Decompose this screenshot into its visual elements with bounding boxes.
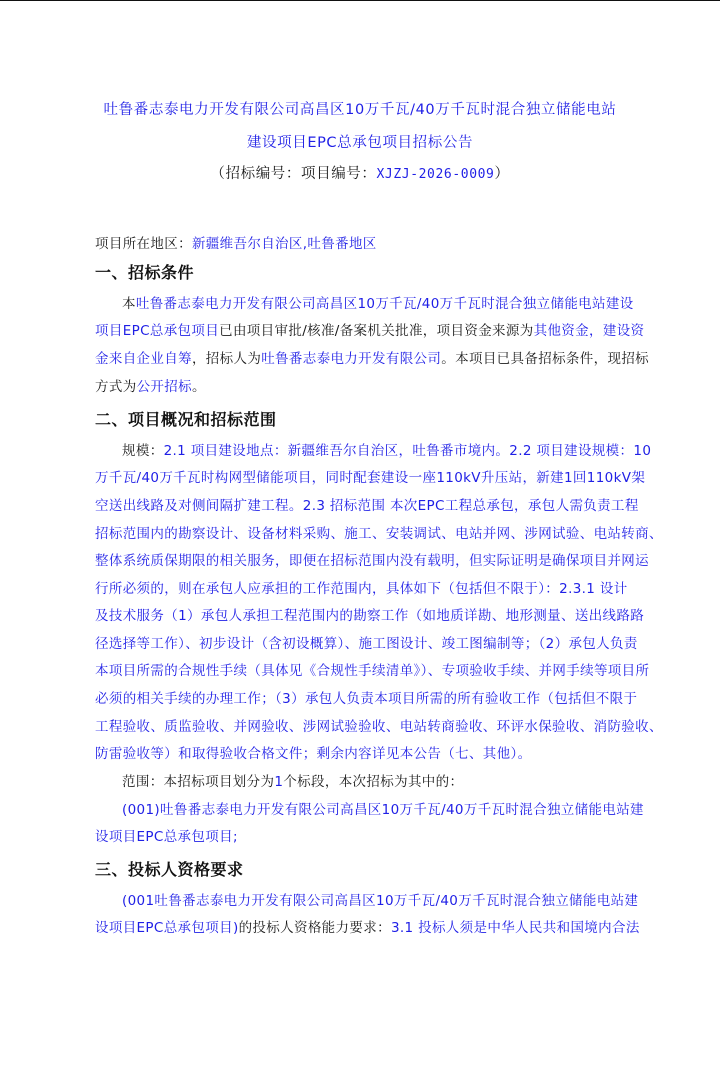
- scale-line: 本项目所需的合规性手续（具体见《合规性手续清单》）、专项验收手续、并网手续等项目…: [95, 659, 649, 679]
- section-1-heading: 一、招标条件: [95, 260, 194, 283]
- bid-number-line: （招标编号：项目编号：XJZJ-2026-0009）: [0, 162, 720, 183]
- text-static: 个标段，本次招标为其中的：: [283, 774, 463, 790]
- range-line: 范围：本招标项目划分为1个标段，本次招标为其中的：: [122, 770, 463, 790]
- region-line: 项目所在地区：新疆维吾尔自治区,吐鲁番地区: [95, 232, 377, 252]
- section-1-line: 项目EPC总承包项目已由项目审批/核准/备案机关批准，项目资金来源为其他资金，建…: [95, 319, 644, 339]
- text-field: 项目EPC总承包项目: [95, 323, 219, 339]
- text-field: 2.1 项目建设地点：新疆维吾尔自治区，吐鲁番市境内。2.2 项目建设规模：10: [164, 443, 652, 459]
- scale-line: 规模：2.1 项目建设地点：新疆维吾尔自治区，吐鲁番市境内。2.2 项目建设规模…: [122, 439, 651, 459]
- scale-line: 必须的相关手续的办理工作；（3）承包人负责本项目所需的所有验收工作（包括但不限于: [95, 687, 637, 707]
- scale-line: 行所必须的，则在承包人应承担的工作范围内，具体如下（包括但不限于）：2.3.1 …: [95, 577, 628, 597]
- text-field: 吐鲁番志泰电力开发有限公司高昌区10万千瓦/40万千瓦时混合独立储能电站建设: [136, 296, 634, 312]
- section-1-line: 金来自企业自筹，招标人为吐鲁番志泰电力开发有限公司。本项目已具备招标条件，现招标: [95, 347, 649, 367]
- qualification-line: 设项目EPC总承包项目)的投标人资格能力要求：3.1 投标人须是中华人民共和国境…: [95, 916, 640, 936]
- scale-line: 防雷验收等）和取得验收合格文件；剩余内容详见本公告（七、其他）。: [95, 742, 531, 762]
- text-static: 的投标人资格能力要求：: [239, 920, 391, 936]
- text-field: 公开招标: [137, 379, 192, 395]
- region-label: 项目所在地区：: [95, 236, 192, 252]
- scale-line: 整体系统质保期限的相关服务，即便在招标范围内没有载明，但实际证明是确保项目并网运: [95, 549, 649, 569]
- section-1-line: 本吐鲁番志泰电力开发有限公司高昌区10万千瓦/40万千瓦时混合独立储能电站建设: [122, 292, 634, 312]
- scale-line: 空送出线路及对侧间隔扩建工程。2.3 招标范围 本次EPC工程总承包，承包人需负…: [95, 494, 639, 514]
- section-3-heading: 三、投标人资格要求: [95, 857, 244, 880]
- bid-number: XJZJ-2026-0009: [377, 167, 495, 182]
- scale-line: 招标范围内的勘察设计、设备材料采购、施工、安装调试、电站并网、涉网试验、电站转商…: [95, 522, 663, 542]
- section-2-heading: 二、项目概况和招标范围: [95, 407, 277, 430]
- notice-title-line-1: 吐鲁番志泰电力开发有限公司高昌区10万千瓦/40万千瓦时混合独立储能电站: [0, 98, 720, 119]
- lot-line: (001)吐鲁番志泰电力开发有限公司高昌区10万千瓦/40万千瓦时混合独立储能电…: [122, 798, 644, 818]
- qualification-line: (001吐鲁番志泰电力开发有限公司高昌区10万千瓦/40万千瓦时混合独立储能电站…: [122, 889, 638, 909]
- region-value: 新疆维吾尔自治区,吐鲁番地区: [192, 236, 377, 252]
- text-static: 。: [192, 379, 206, 395]
- bid-number-prefix: （招标编号：项目编号：: [210, 166, 376, 182]
- notice-title-line-2: 建设项目EPC总承包项目招标公告: [0, 131, 720, 152]
- text-static: 范围：本招标项目划分为: [122, 774, 274, 790]
- lot-count: 1: [274, 774, 283, 790]
- scale-line: 径选择等工作）、初步设计（含初设概算）、施工图设计、竣工图编制等；（2）承包人负…: [95, 632, 638, 652]
- scale-line: 工程验收、质监验收、并网验收、涉网试验验收、电站转商验收、环评水保验收、消防验收…: [95, 715, 663, 735]
- scale-line: 万千瓦/40万千瓦时构网型储能项目，同时配套建设一座110kV升压站，新建1回1…: [95, 466, 645, 486]
- text-static: ，招标人为: [192, 351, 261, 367]
- text-field: 吐鲁番志泰电力开发有限公司: [261, 351, 441, 367]
- text-field: 金来自企业自筹: [95, 351, 192, 367]
- section-1-line: 方式为公开招标。: [95, 375, 206, 395]
- text-field: 设项目EPC总承包项目): [95, 920, 239, 936]
- bid-number-suffix: ）: [494, 166, 509, 182]
- text-field: 其他资金，建设资: [534, 323, 645, 339]
- scale-line: 及技术服务（1）承包人承担工程范围内的勘察工作（如地质详勘、地形测量、送出线路路: [95, 604, 644, 624]
- text-field: 3.1 投标人须是中华人民共和国境内合法: [391, 920, 640, 936]
- lot-line: 设项目EPC总承包项目;: [95, 825, 238, 845]
- text-static: 本: [122, 296, 136, 312]
- text-static: 方式为: [95, 379, 137, 395]
- scale-label: 规模：: [122, 443, 164, 459]
- text-static: 。本项目已具备招标条件，现招标: [441, 351, 649, 367]
- text-static: 已由项目审批/核准/备案机关批准，项目资金来源为: [219, 323, 534, 339]
